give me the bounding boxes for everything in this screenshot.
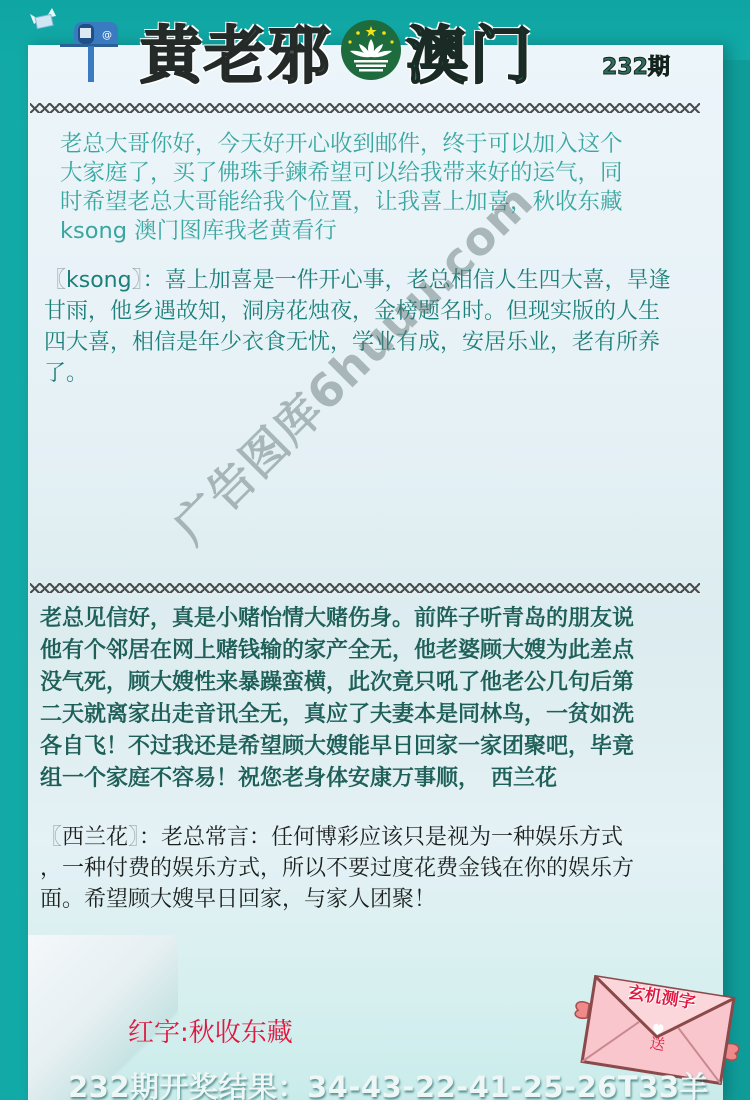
letter-1: 老总大哥你好，今天好开心收到邮件，终于可以加入这个 大家庭了，买了佛珠手鍊希望可…: [60, 130, 700, 246]
title-name: 黄老邪: [140, 6, 332, 95]
reply-2-line: 〖西兰花〗：老总常言：任何博彩应该只是视为一种娱乐方式: [40, 822, 720, 853]
letter-2: 老总见信好，真是小赌怡情大赌伤身。前阵子听青岛的朋友说 他有个邻居在网上赌钱输的…: [40, 603, 710, 795]
letter-2-line: 各自飞！不过我还是希望顾大嫂能早日回家一家团聚吧，毕竟: [40, 731, 710, 763]
letter-1-line: 大家庭了，买了佛珠手鍊希望可以给我带来好的运气，同: [60, 159, 700, 188]
divider-middle: [30, 583, 700, 593]
letter-1-line: 老总大哥你好，今天好开心收到邮件，终于可以加入这个: [60, 130, 700, 159]
reply-2-line: ，一种付费的娱乐方式，所以不要过度花费金钱在你的娱乐方: [40, 853, 720, 884]
red-word-label: 红字:秋收东藏: [128, 1012, 293, 1049]
letter-2-line: 老总见信好，真是小赌怡情大赌伤身。前阵子听青岛的朋友说: [40, 603, 710, 635]
letter-1-line: 时希望老总大哥能给我个位置，让我喜上加喜，秋收东藏: [60, 188, 700, 217]
speaker-bracket-close: 〗: [128, 825, 139, 850]
issue-badge: 232期: [602, 50, 670, 81]
letter-2-line: 他有个邻居在网上赌钱输的家产全无，他老婆顾大嫂为此差点: [40, 635, 710, 667]
speaker-bracket-open: 〖: [44, 268, 66, 293]
flying-envelope-icon: [30, 8, 56, 29]
reply-2-text: ：老总常言：任何博彩应该只是视为一种娱乐方式: [139, 825, 623, 850]
mailbox-icon: @: [22, 4, 122, 84]
speaker-name: 西兰花: [62, 825, 128, 850]
speaker-name: ksong: [66, 268, 132, 293]
letter-2-line: 组一个家庭不容易！祝您老身体安康万事顺， 西兰花: [40, 763, 710, 795]
speaker-bracket-close: 〗: [132, 268, 143, 293]
header: @ 黄老邪 澳门: [0, 0, 750, 95]
reply-2-line: 面。希望顾大嫂早日回家，与家人团聚！: [40, 884, 720, 915]
speaker-bracket-open: 〖: [40, 825, 62, 850]
letter-1-line: ksong 澳门图库我老黄看行: [60, 217, 700, 246]
letter-2-line: 二天就离家出走音讯全无，真应了夫妻本是同林鸟，一贫如洗: [40, 699, 710, 731]
draw-result: 232期开奖结果：34-43-22-41-25-26T33羊: [68, 1065, 709, 1100]
macau-emblem-icon: [340, 19, 402, 81]
letter-2-line: 没气死，顾大嫂性来暴躁蛮横，此次竟只吼了他老公几句后第: [40, 667, 710, 699]
title-macau: 澳门: [406, 6, 534, 95]
divider-top: [30, 103, 700, 113]
svg-text:@: @: [102, 30, 112, 41]
reply-2: 〖西兰花〗：老总常言：任何博彩应该只是视为一种娱乐方式 ，一种付费的娱乐方式，所…: [40, 822, 720, 915]
page-title: 黄老邪 澳门: [140, 10, 534, 90]
